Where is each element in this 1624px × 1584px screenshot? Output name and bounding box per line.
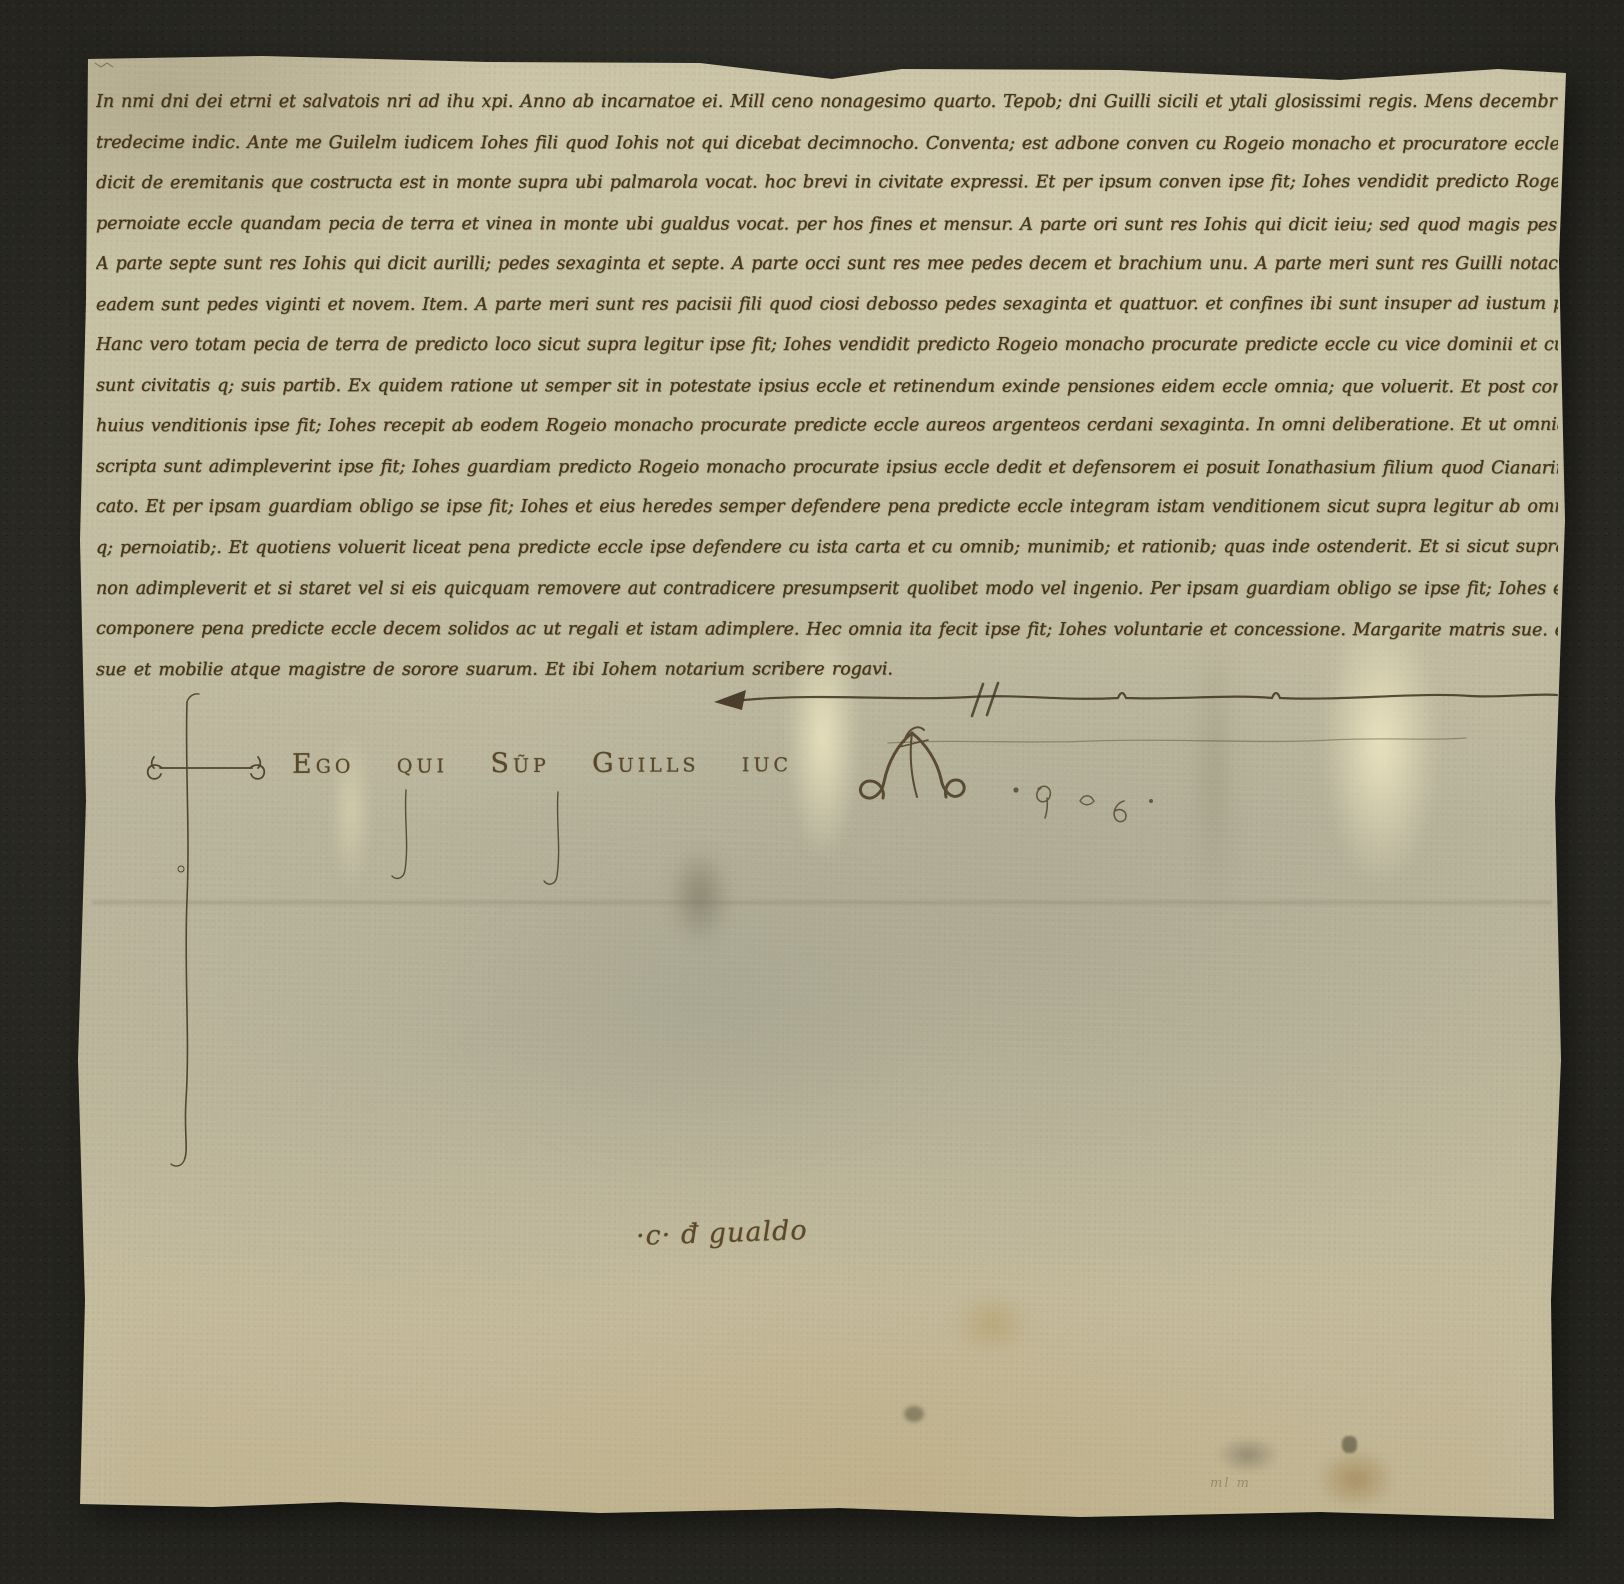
text-line: scripta sunt adimpleverint ipse fit; Ioh…	[96, 447, 1558, 489]
text-line: sunt civitatis q; suis partib. Ex quidem…	[96, 366, 1558, 408]
charter-text-block: In nmi dni dei etrni et salvatois nri ad…	[96, 82, 1558, 690]
text-line: eadem sunt pedes viginti et novem. Item.…	[96, 284, 1558, 326]
text-line: In nmi dni dei etrni et salvatois nri ad…	[96, 82, 1558, 123]
parchment-charter: In nmi dni dei etrni et salvatois nri ad…	[0, 0, 1624, 1584]
text-line: non adimpleverit et si staret vel si eis…	[96, 569, 1558, 610]
subscription-word: iuc	[742, 747, 792, 778]
text-line: sue et mobilie atque magistre de sorore …	[96, 649, 1558, 691]
photo-backdrop: In nmi dni dei etrni et salvatois nri ad…	[0, 0, 1624, 1584]
text-line: tredecime indic. Ante me Guilelm iudicem…	[96, 122, 1558, 164]
endorsement-text: ·c· đ gualdo	[636, 1215, 809, 1252]
text-line: huius venditionis ipse fit; Iohes recepi…	[96, 405, 1558, 447]
subscription-word: Sũp	[490, 748, 549, 779]
text-line: A parte septe sunt res Iohis qui dicit a…	[96, 244, 1558, 285]
text-line: cato. Et per ipsam guardiam obligo se ip…	[96, 487, 1558, 528]
parchment-shadow-wrap: In nmi dni dei etrni et salvatois nri ad…	[0, 0, 1624, 1584]
subscription-word: Ego	[292, 749, 355, 780]
faint-ink-marks: ml m	[1210, 1476, 1251, 1491]
text-line: Hanc vero totam pecia de terra de predic…	[96, 325, 1558, 366]
text-line: pernoiate eccle quandam pecia de terra e…	[96, 203, 1558, 245]
subscription-line: Ego qui Sũp Guills iuc	[292, 747, 792, 780]
text-line: dicit de eremitanis que costructa est in…	[96, 162, 1558, 204]
text-line: componere pena predicte eccle decem soli…	[96, 609, 1558, 651]
subscription-word: qui	[397, 748, 448, 779]
subscription-word: Guills	[592, 747, 699, 778]
text-line: q; pernoiatib;. Et quotiens voluerit lic…	[96, 527, 1558, 569]
